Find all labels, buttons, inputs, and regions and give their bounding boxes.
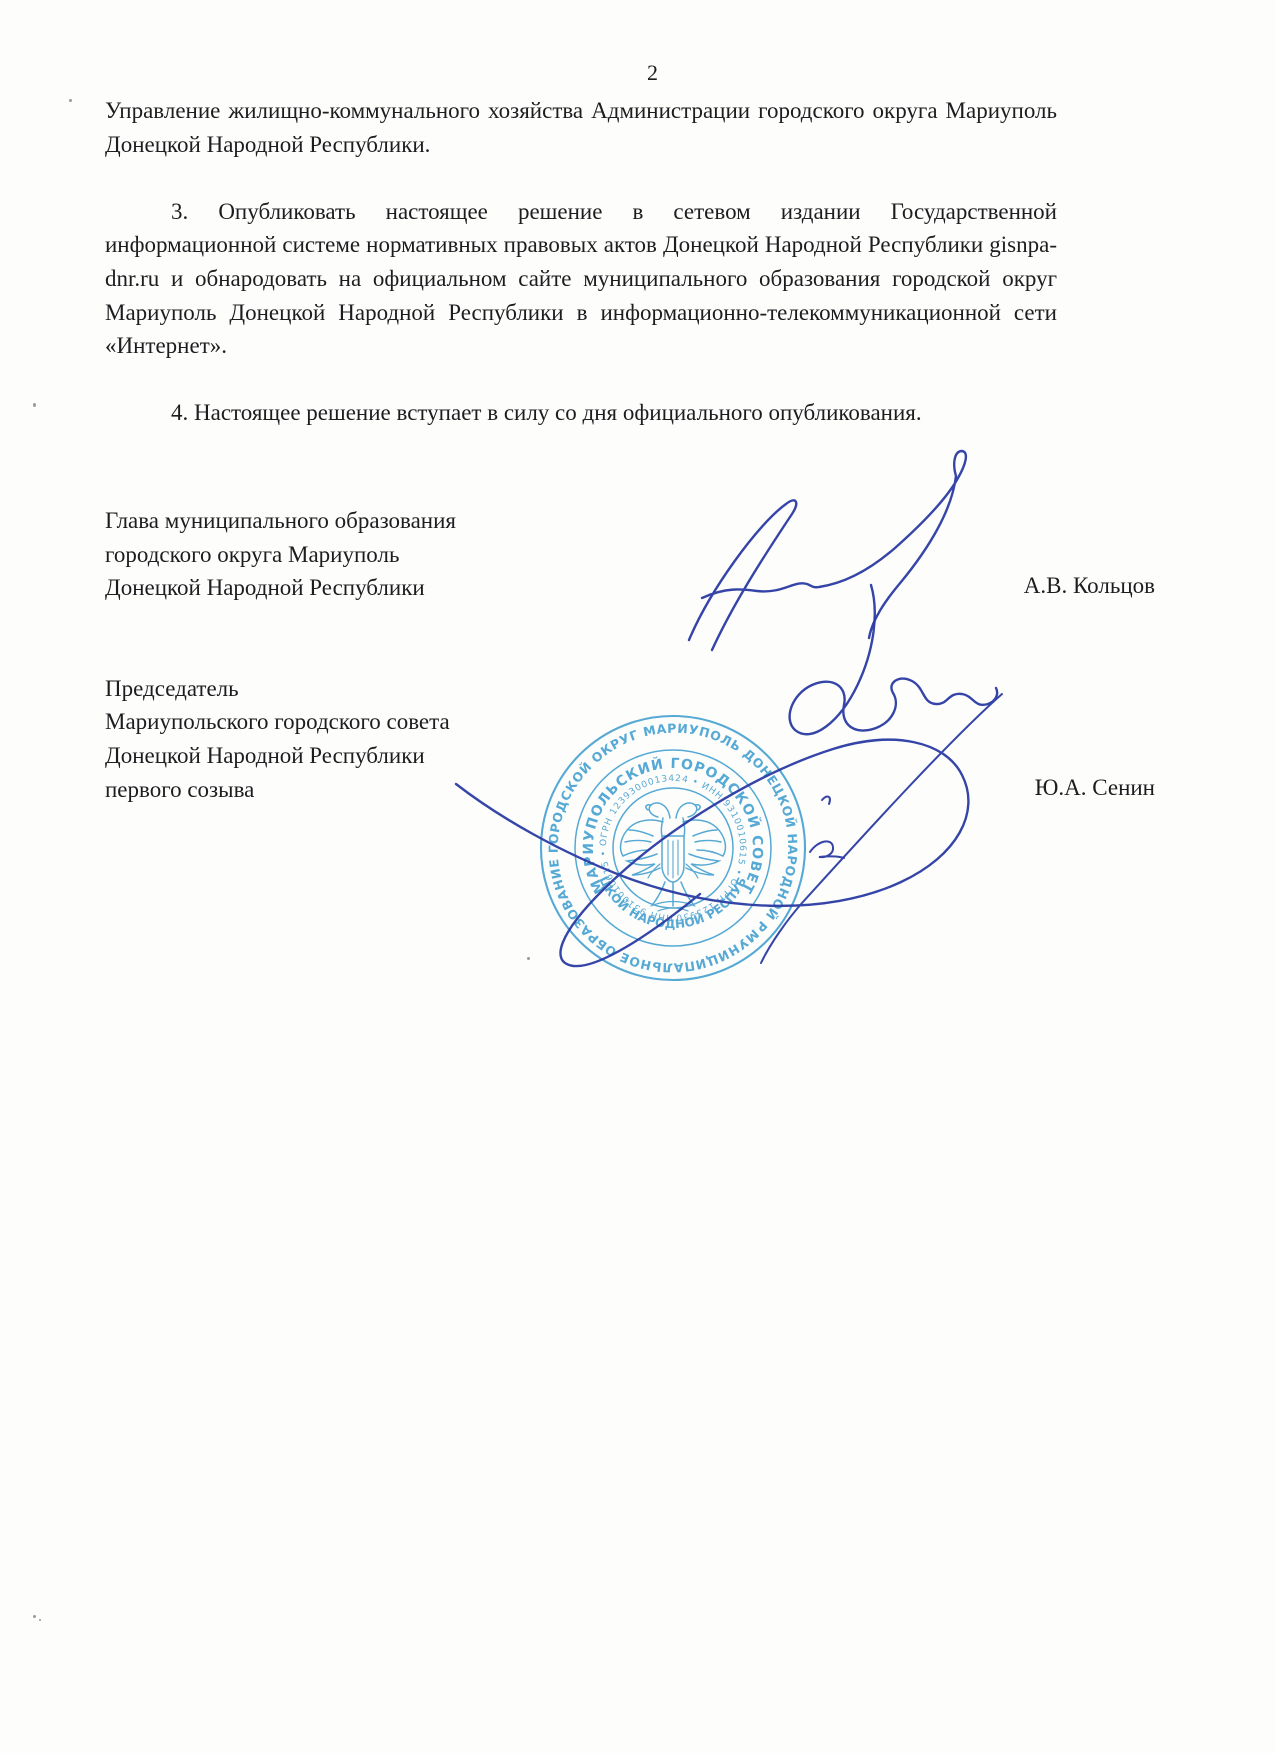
paragraph-continuation: Управление жилищно-коммунального хозяйст… (105, 94, 1057, 161)
signature-title-line: Донецкой Народной Республики (105, 739, 1155, 773)
signature-title-line: первого созыва (105, 773, 1155, 807)
signature-title-line: Мариупольского городского совета (105, 705, 1155, 739)
signature-block-head: Глава муниципального образования городск… (105, 504, 1155, 605)
signature-title-line: городского округа Мариуполь (105, 538, 1155, 572)
signature-title-line: Глава муниципального образования (105, 504, 1155, 538)
scan-speck (33, 403, 36, 407)
document-body: Управление жилищно-коммунального хозяйст… (105, 94, 1057, 806)
signature-title-line: Донецкой Народной Республики (105, 571, 1155, 605)
scan-speck (39, 1619, 41, 1621)
signatory-name-senin: Ю.А. Сенин (1035, 771, 1155, 805)
signature-title-line: Председатель (105, 672, 1155, 706)
signatory-name-koltsov: А.В. Кольцов (1024, 569, 1155, 603)
scan-speck (527, 957, 530, 960)
page-number: 2 (15, 60, 1275, 86)
document-page: 2 Управление жилищно-коммунального хозяй… (0, 0, 1275, 1753)
paragraph-item-4: 4. Настоящее решение вступает в силу со … (105, 396, 1057, 430)
eagle-emblem (621, 803, 726, 911)
signature-block-chairman: Председатель Мариупольского городского с… (105, 672, 1155, 806)
scan-speck (69, 99, 72, 102)
scan-speck (33, 1615, 36, 1618)
paragraph-item-3: 3. Опубликовать настоящее решение в сете… (105, 195, 1057, 363)
